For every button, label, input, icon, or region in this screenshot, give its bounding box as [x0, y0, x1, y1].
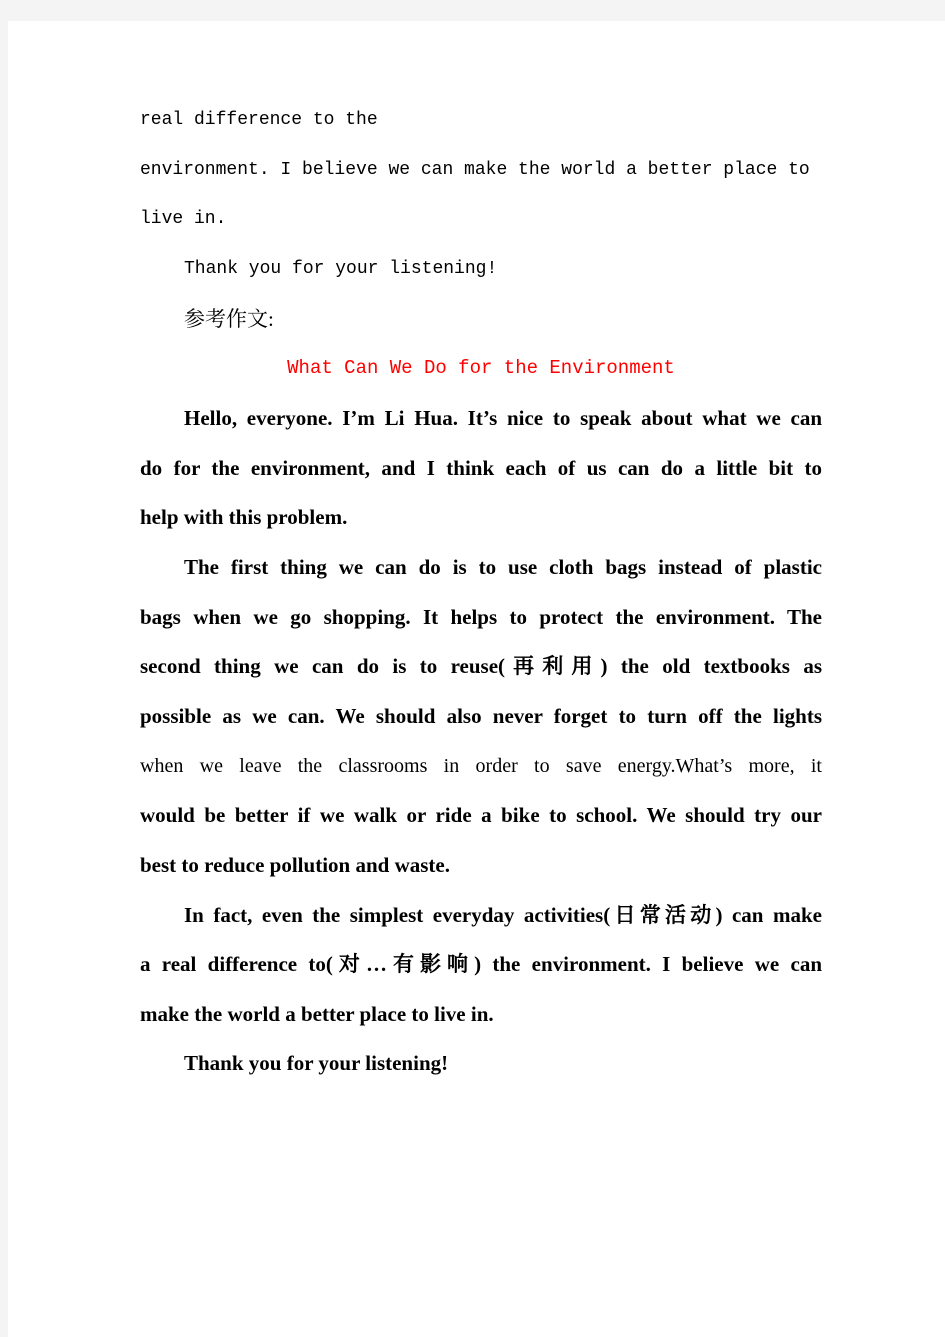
document-page: real difference to the environment. I be…	[8, 21, 945, 1337]
doc-line: second thing we can do is to reuse(再利用) …	[140, 642, 822, 692]
doc-line: Hello, everyone. I’m Li Hua. It’s nice t…	[140, 394, 822, 444]
doc-line: possible as we can. We should also never…	[140, 692, 822, 742]
doc-line: do for the environment, and I think each…	[140, 444, 822, 494]
doc-line: environment. I believe we can make the w…	[140, 146, 822, 196]
doc-line: make the world a better place to live in…	[140, 990, 822, 1040]
doc-line: In fact, even the simplest everyday acti…	[140, 891, 822, 941]
doc-line: a real difference to(对…有影响) the environm…	[140, 940, 822, 990]
doc-line: bags when we go shopping. It helps to pr…	[140, 593, 822, 643]
doc-line: help with this problem.	[140, 493, 822, 543]
doc-line: The first thing we can do is to use clot…	[140, 543, 822, 593]
doc-line: Thank you for your listening!	[140, 245, 822, 295]
doc-line: live in.	[140, 195, 822, 245]
essay-title: What Can We Do for the Environment	[140, 344, 822, 394]
doc-line: real difference to the	[140, 96, 822, 146]
doc-line: would be better if we walk or ride a bik…	[140, 791, 822, 841]
text-column: real difference to the environment. I be…	[140, 96, 822, 1089]
doc-line: best to reduce pollution and waste.	[140, 841, 822, 891]
reference-essay-label: 参考作文:	[140, 295, 822, 345]
doc-line: Thank you for your listening!	[140, 1039, 822, 1089]
doc-line: when we leave the classrooms in order to…	[140, 742, 822, 792]
document-viewer: { "page": { "background_color": "#f4f4f4…	[0, 0, 945, 1337]
